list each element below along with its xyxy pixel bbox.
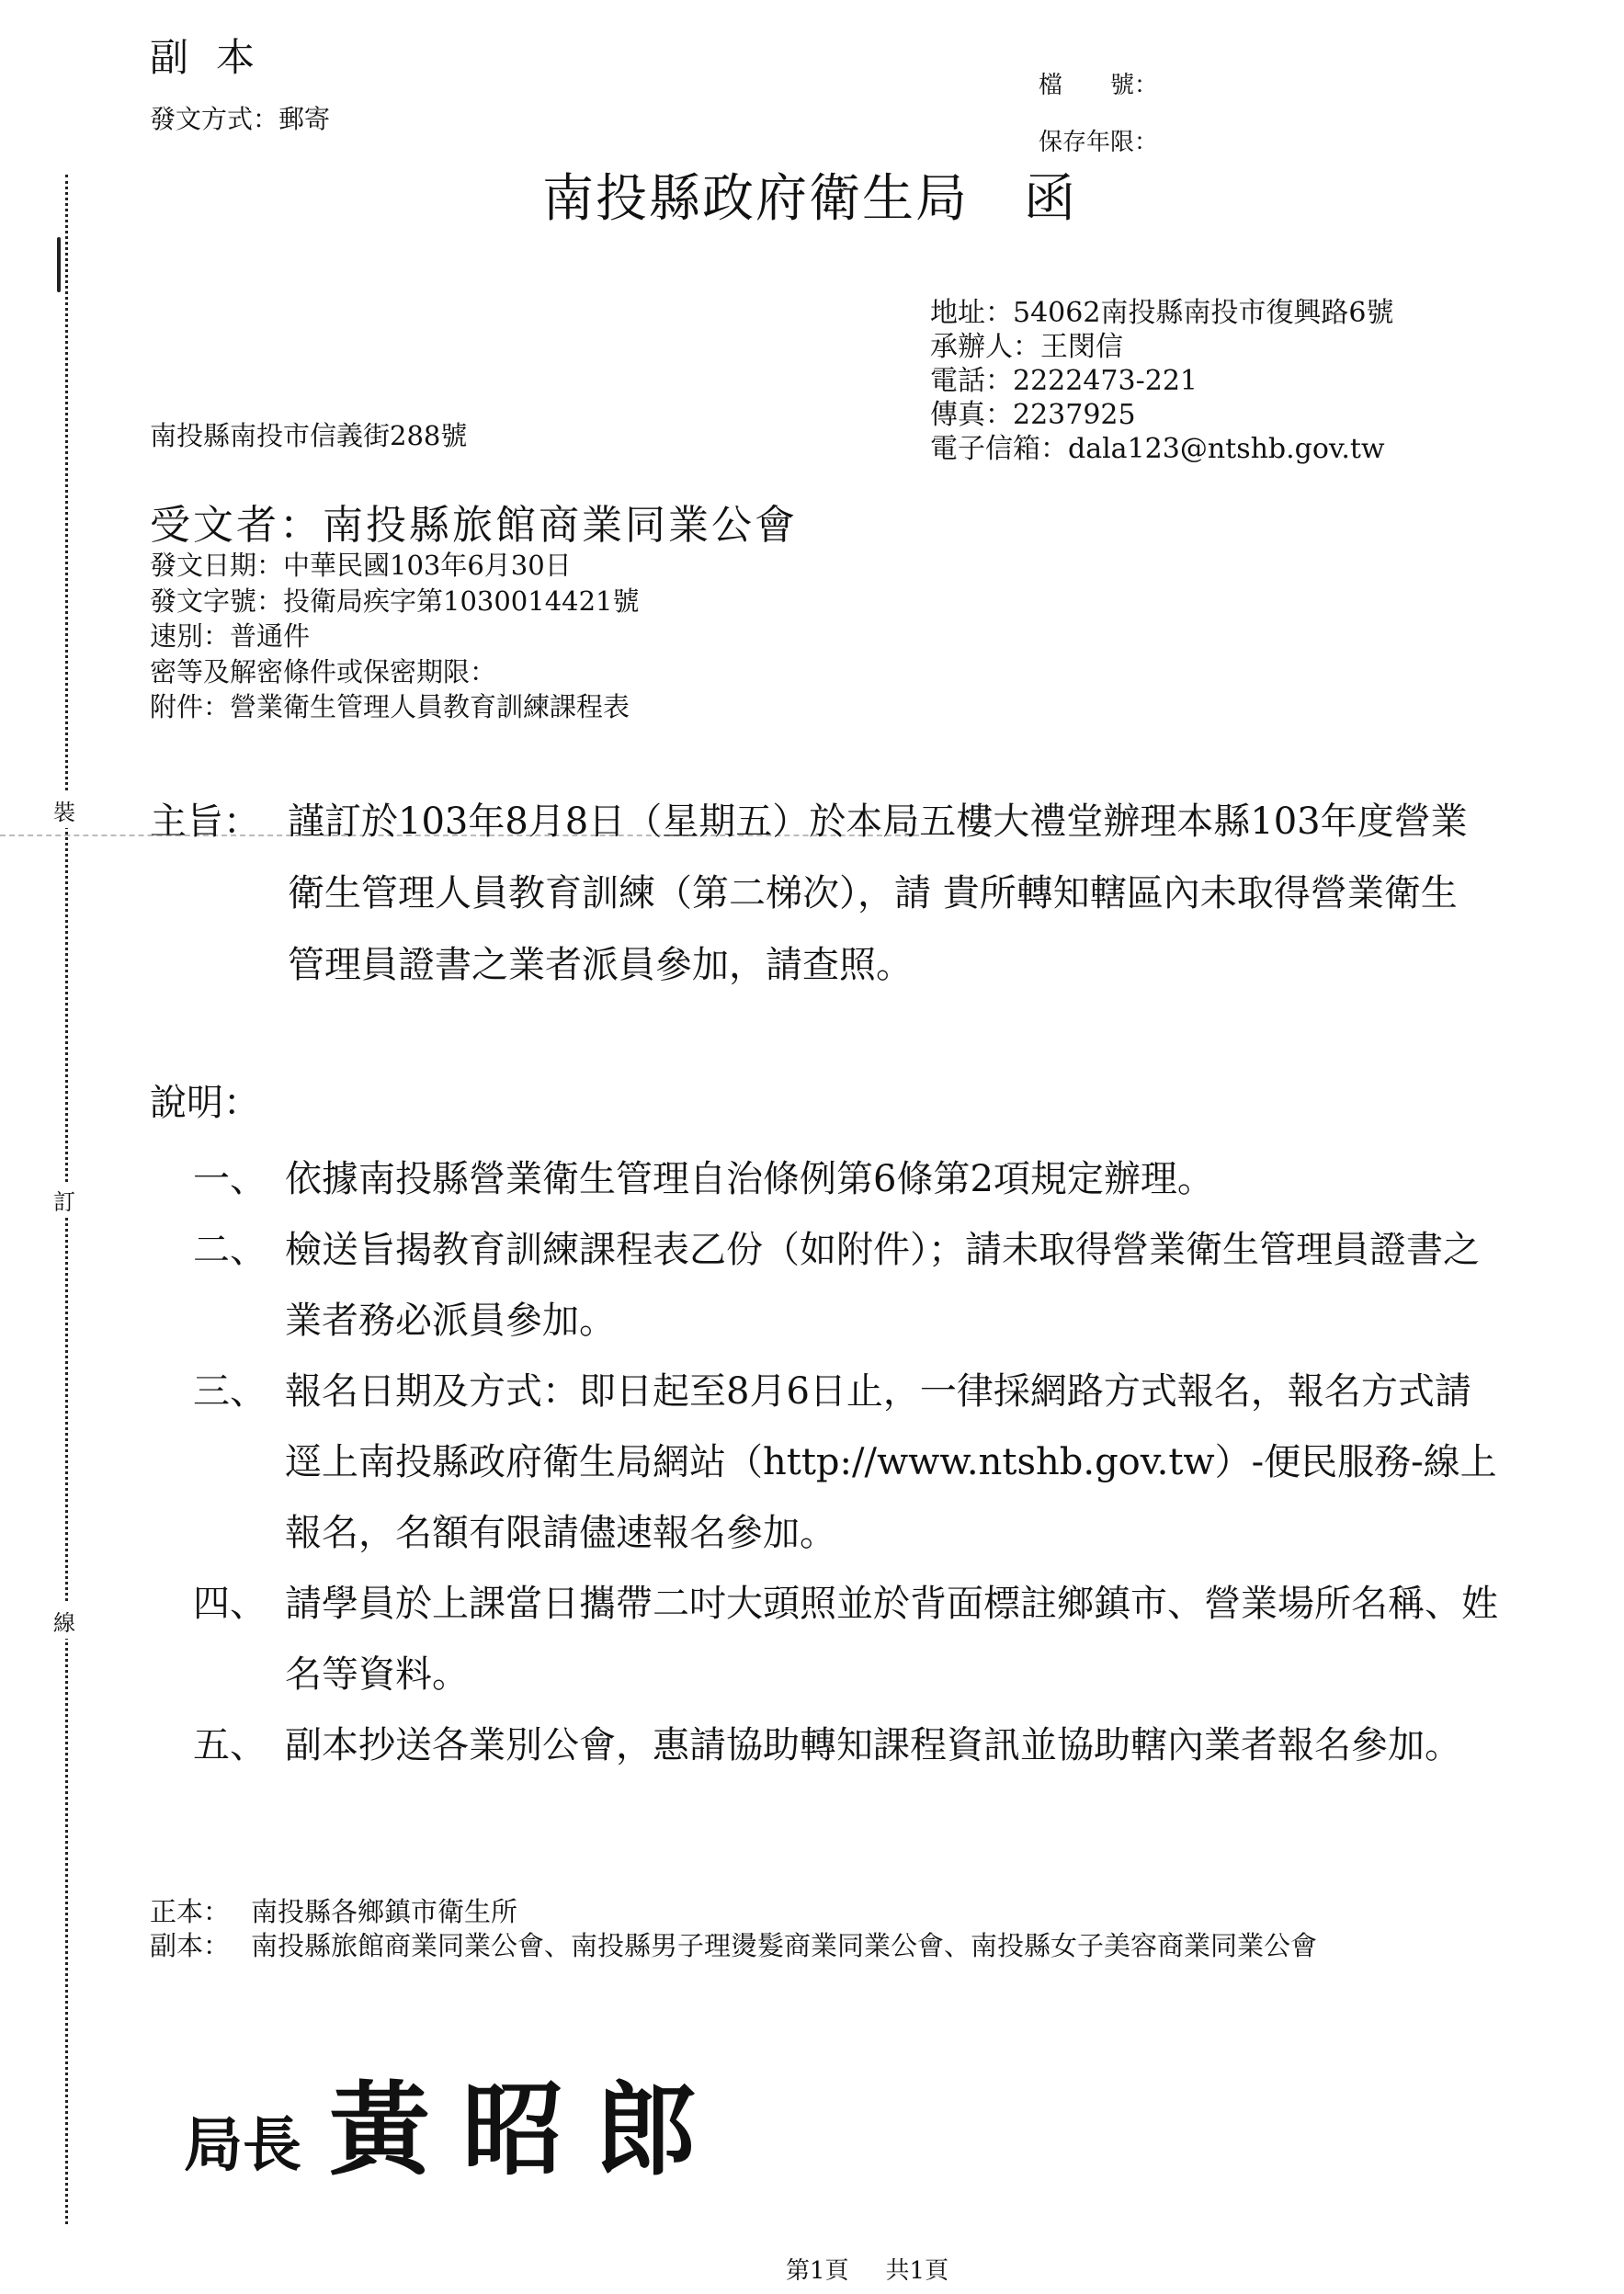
- original-label: 正本：: [150, 1895, 230, 1929]
- explanation-item: 三、 報名日期及方式：即日起至8月6日止，一律採網路方式報名，報名方式請逕上南投…: [193, 1357, 1498, 1569]
- item-text: 檢送旨揭教育訓練課程表乙份（如附件）；請未取得營業衛生管理員證書之業者務必派員參…: [285, 1229, 1480, 1342]
- copy-mark: 副本: [150, 28, 282, 83]
- item-number: 五、: [193, 1710, 267, 1781]
- distribution-copy: 副本： 南投縣旅館商業同業公會、南投縣男子理燙髮商業同業公會、南投縣女子美容商業…: [150, 1929, 1482, 1963]
- item-number: 三、: [193, 1357, 267, 1427]
- item-text: 報名日期及方式：即日起至8月6日止，一律採網路方式報名，報名方式請逕上南投縣政府…: [285, 1370, 1497, 1554]
- explanation-item: 四、 請學員於上課當日攜帶二吋大頭照並於背面標註鄉鎮市、營業場所名稱、姓名等資料…: [193, 1569, 1498, 1710]
- explanation-item: 五、 副本抄送各業別公會，惠請協助轉知課程資訊並協助轄內業者報名參加。: [193, 1710, 1498, 1781]
- item-text: 副本抄送各業別公會，惠請協助轉知課程資訊並協助轄內業者報名參加。: [285, 1724, 1461, 1766]
- explanation-label: 說明：: [150, 1073, 260, 1126]
- priority: 速別：普通件: [150, 619, 640, 654]
- item-text: 依據南投縣營業衛生管理自治條例第6條第2項規定辦理。: [285, 1158, 1214, 1200]
- sender-info: 地址：54062南投縣南投市復興路6號 承辦人：王閔信 電話：2222473-2…: [930, 296, 1394, 466]
- subject-label: 主旨：: [150, 786, 260, 857]
- explanation-items: 一、 依據南投縣營業衛生管理自治條例第6條第2項規定辦理。 二、 檢送旨揭教育訓…: [193, 1144, 1498, 1781]
- item-text: 請學員於上課當日攜帶二吋大頭照並於背面標註鄉鎮市、營業場所名稱、姓名等資料。: [285, 1583, 1498, 1696]
- recipient: 受文者：南投縣旅館商業同業公會: [150, 492, 798, 551]
- sender-phone: 電話：2222473-221: [930, 364, 1394, 398]
- sender-address: 地址：54062南投縣南投市復興路6號: [930, 296, 1394, 330]
- sender-fax: 傳真：2237925: [930, 398, 1394, 432]
- copy-label: 副本：: [150, 1929, 230, 1963]
- distribution: 正本： 南投縣各鄉鎮市衛生所 副本： 南投縣旅館商業同業公會、南投縣男子理燙髮商…: [150, 1895, 1482, 1963]
- binding-mark-ding: 訂: [53, 1182, 75, 1218]
- send-method: 發文方式：郵寄: [150, 99, 330, 136]
- recipient-address: 南投縣南投市信義街288號: [150, 415, 467, 453]
- distribution-original: 正本： 南投縣各鄉鎮市衛生所: [150, 1895, 1482, 1929]
- document-meta: 發文日期：中華民國103年6月30日 發文字號：投衛局疾字第1030014421…: [150, 548, 640, 725]
- explanation-item: 一、 依據南投縣營業衛生管理自治條例第6條第2項規定辦理。: [193, 1144, 1498, 1215]
- reference-number: 發文字號：投衛局疾字第1030014421號: [150, 584, 640, 619]
- explanation-item: 二、 檢送旨揭教育訓練課程表乙份（如附件）；請未取得營業衛生管理員證書之業者務必…: [193, 1215, 1498, 1357]
- retention-label: 保存年限：: [1039, 123, 1158, 157]
- binding-mark-xian: 線: [53, 1603, 75, 1639]
- signatory-name: 黃昭郎: [329, 2071, 729, 2189]
- item-number: 二、: [193, 1215, 267, 1286]
- current-page: 第1頁: [786, 2257, 849, 2285]
- total-pages: 共1頁: [886, 2257, 949, 2285]
- document-title: 南投縣政府衛生局函: [542, 158, 1077, 232]
- file-number-label: 檔 號：: [1039, 66, 1158, 100]
- staple-mark: [57, 237, 61, 292]
- original-recipients: 南投縣各鄉鎮市衛生所: [251, 1896, 517, 1927]
- signatory-title: 局長: [184, 2111, 301, 2180]
- item-number: 一、: [193, 1144, 267, 1215]
- sender-contact: 承辦人：王閔信: [930, 330, 1394, 364]
- item-number: 四、: [193, 1569, 267, 1640]
- agency-name: 南投縣政府衛生局: [542, 169, 969, 229]
- issue-date: 發文日期：中華民國103年6月30日: [150, 548, 640, 584]
- signature: 局長黃昭郎: [184, 2050, 729, 2195]
- attachment: 附件：營業衛生管理人員教育訓練課程表: [150, 689, 640, 725]
- page-number: 第1頁共1頁: [786, 2252, 948, 2286]
- subject: 主旨： 謹訂於103年8月8日（星期五）於本局五樓大禮堂辦理本縣103年度營業衛…: [150, 786, 1492, 1001]
- sender-email: 電子信箱：dala123@ntshb.gov.tw: [930, 432, 1394, 466]
- copy-recipients: 南投縣旅館商業同業公會、南投縣男子理燙髮商業同業公會、南投縣女子美容商業同業公會: [251, 1930, 1317, 1961]
- classification: 密等及解密條件或保密期限：: [150, 654, 640, 690]
- binding-mark-zhuang: 裝: [53, 792, 75, 828]
- document-type: 函: [1024, 169, 1077, 229]
- subject-text: 謹訂於103年8月8日（星期五）於本局五樓大禮堂辦理本縣103年度營業衛生管理人…: [288, 786, 1492, 1001]
